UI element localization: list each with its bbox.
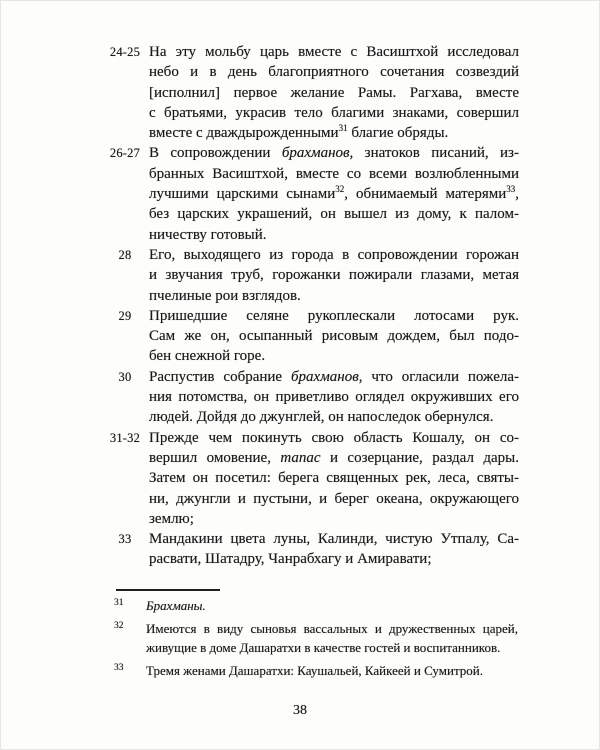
italic-term: брахманов	[282, 145, 350, 161]
verse-text: На эту мольбу царь вместе с Васиштхой ис…	[149, 42, 519, 143]
verse-number: 26-27	[101, 143, 149, 163]
text-line: бен снежной горе.	[149, 346, 519, 366]
text-line: расвати, Шатадру, Чанрабхагу и Амиравати…	[149, 549, 519, 569]
italic-term: Брахманы.	[146, 598, 206, 613]
verse-row: 31-32Прежде чем покинуть свою область Ко…	[1, 428, 519, 529]
footnote-number: 32	[114, 619, 146, 631]
text-line: Прежде чем покинуть свою область Кошалу,…	[149, 428, 519, 448]
footnote-row: 33Тремя женами Дашаратхи: Каушальей, Кай…	[1, 661, 518, 680]
text-line: живущие в доме Дашаратхи в качестве гост…	[146, 638, 518, 657]
text-line: бранных Васиштхой, вместе со всеми возлю…	[149, 164, 519, 184]
verse-number: 30	[101, 367, 149, 387]
page-number: 38	[1, 703, 599, 719]
italic-term: брахманов	[291, 369, 359, 385]
footnote-separator	[116, 589, 220, 591]
text-line: ния потомства, он приветливо оглядел окр…	[149, 387, 519, 407]
text-line: без царских украшений, он вышел из дому,…	[149, 204, 519, 224]
text-line: и звучания труб, горожанки пожирали глаз…	[149, 265, 519, 285]
verse-row: 28Его, выходящего из города в сопровожде…	[1, 245, 519, 306]
text-line: вершил омовение, тапас и созерцание, раз…	[149, 448, 519, 468]
verse-number: 33	[101, 529, 149, 549]
verse-text: Распустив собрание брахманов, что огласи…	[149, 367, 519, 428]
verse-number: 31-32	[101, 428, 149, 448]
footnote-number: 33	[114, 661, 146, 673]
footnotes-block: 31Брахманы.32Имеются в виду сыновья васс…	[1, 596, 518, 680]
verse-text: Пришедшие селяне рукоплескали лотосами р…	[149, 306, 519, 367]
text-line: Пришедшие селяне рукоплескали лотосами р…	[149, 306, 519, 326]
verse-text: Мандакини цвета луны, Калинди, чистую Ут…	[149, 529, 519, 570]
text-line: Распустив собрание брахманов, что огласи…	[149, 367, 519, 387]
verse-row: 26-27В сопровождении брахманов, знатоков…	[1, 143, 519, 244]
verse-text: В сопровождении брахманов, знатоков писа…	[149, 143, 519, 244]
footnote-text: Тремя женами Дашаратхи: Каушальей, Кайке…	[146, 661, 518, 680]
text-line: ни, джунгли и пустыни, и берег океана, о…	[149, 489, 519, 509]
text-line: людей. Дойдя до джунглей, он напоследок …	[149, 407, 519, 427]
italic-term: тапас	[280, 450, 320, 466]
text-line: Сам же он, осыпанный рисовым дождем, был…	[149, 326, 519, 346]
verse-text: Прежде чем покинуть свою область Кошалу,…	[149, 428, 519, 529]
footnote-text: Брахманы.	[146, 596, 518, 615]
text-line: Мандакини цвета луны, Калинди, чистую Ут…	[149, 529, 519, 549]
verse-number: 29	[101, 306, 149, 326]
text-line: Затем он посетил: берега священных рек, …	[149, 468, 519, 488]
text-line: лучшими царскими сынами32, обнимаемый ма…	[149, 184, 519, 204]
book-page-scan: { "page": { "number": "38" }, "verses": …	[0, 0, 600, 750]
verse-block: 24-25На эту мольбу царь вместе с Васиштх…	[1, 42, 519, 570]
text-line: с братьями, украсив тело благими знаками…	[149, 103, 519, 123]
text-line: Тремя женами Дашаратхи: Каушальей, Кайке…	[146, 661, 518, 680]
footnote-ref: 31	[339, 123, 348, 133]
text-line: Его, выходящего из города в сопровождени…	[149, 245, 519, 265]
page: 24-25На эту мольбу царь вместе с Васиштх…	[0, 0, 600, 750]
footnote-ref: 33	[506, 184, 515, 194]
text-line: ничеству готовый.	[149, 225, 519, 245]
footnote-ref: 32	[335, 184, 344, 194]
text-line: пчелиные рои взглядов.	[149, 286, 519, 306]
text-line: землю;	[149, 509, 519, 529]
footnote-row: 31Брахманы.	[1, 596, 518, 615]
verse-number: 24-25	[101, 42, 149, 62]
footnote-number: 31	[114, 596, 146, 608]
verse-number: 28	[101, 245, 149, 265]
text-line: небо и в день благоприятного сочетания с…	[149, 62, 519, 82]
verse-row: 29Пришедшие селяне рукоплескали лотосами…	[1, 306, 519, 367]
footnote-text: Имеются в виду сыновья вассальных и друж…	[146, 619, 518, 657]
verse-row: 33Мандакини цвета луны, Калинди, чистую …	[1, 529, 519, 570]
text-line: В сопровождении брахманов, знатоков писа…	[149, 143, 519, 163]
text-line: Имеются в виду сыновья вассальных и друж…	[146, 619, 518, 638]
verse-text: Его, выходящего из города в сопровождени…	[149, 245, 519, 306]
text-line: [исполнил] первое желание Рамы. Рагхава,…	[149, 83, 519, 103]
verse-row: 24-25На эту мольбу царь вместе с Васиштх…	[1, 42, 519, 143]
verse-row: 30Распустив собрание брахманов, что огла…	[1, 367, 519, 428]
footnote-row: 32Имеются в виду сыновья вассальных и др…	[1, 619, 518, 657]
text-line: На эту мольбу царь вместе с Васиштхой ис…	[149, 42, 519, 62]
text-line: вместе с дваждырожденными31 благие обряд…	[149, 123, 519, 143]
text-line: Брахманы.	[146, 596, 518, 615]
